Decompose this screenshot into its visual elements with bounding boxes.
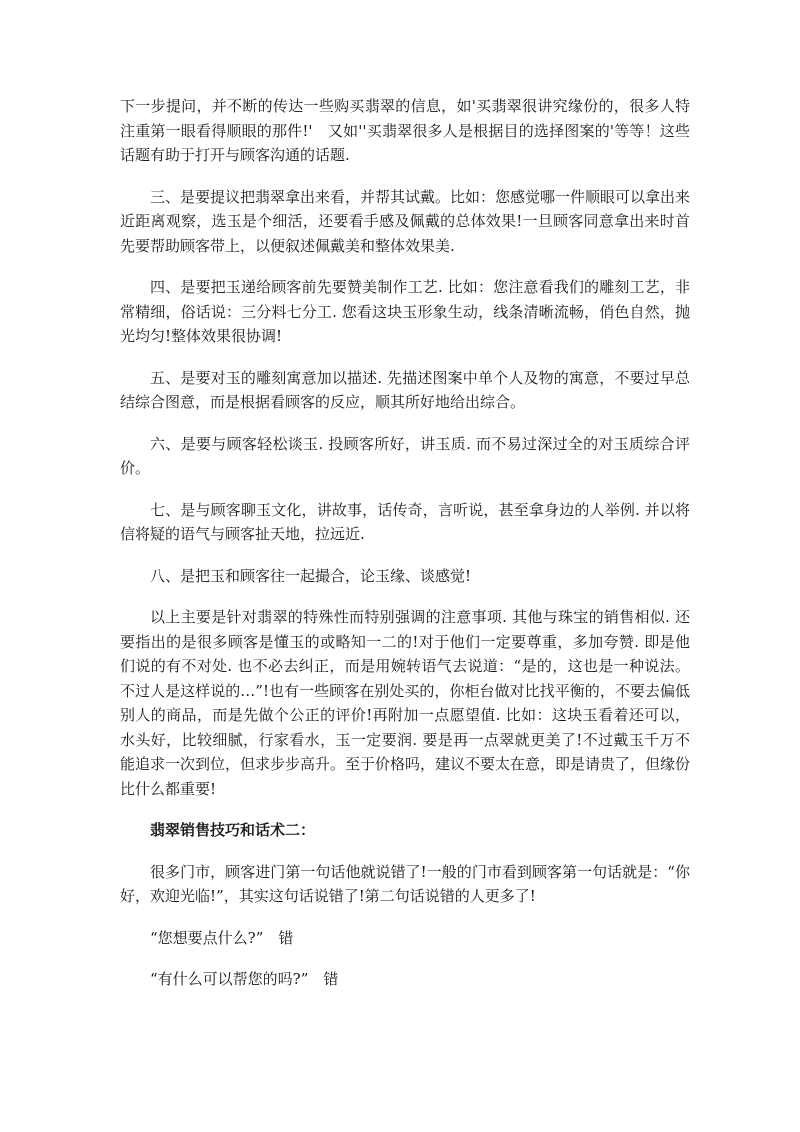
paragraph-point-6: 六、是要与顾客轻松谈玉. 投顾客所好，讲玉质. 而不易过深过全的对玉质综合评价。 [120,432,690,481]
paragraph-point-4: 四、是要把玉递给顾客前先要赞美制作工艺. 比如：您注意看我们的雕刻工艺，非常精细… [120,275,690,349]
paragraph-point-5: 五、是要对玉的雕刻寓意加以描述. 先描述图案中单个人及物的寓意，不要过早总结综合… [120,366,690,415]
example-line-2: “有什么可以帮您的吗?” 错 [120,967,690,992]
section-paragraph: 很多门市，顾客进门第一句话他就说错了!一般的门市看到顾客第一句话就是：“你好，欢… [120,860,690,909]
paragraph-point-3: 三、是要提议把翡翠拿出来看，并帮其试戴。比如：您感觉哪一件顺眼可以拿出来近距离观… [120,185,690,259]
document-page: 下一步提问，并不断的传达一些购买翡翠的信息，如'买翡翠很讲究缘份的，很多人特注重… [120,94,690,1009]
section-heading: 翡翠销售技巧和话术二： [120,818,690,843]
paragraph-summary: 以上主要是针对翡翠的特殊性而特别强调的注意事项. 其他与珠宝的销售相似. 还要指… [120,605,690,801]
paragraph-point-7: 七、是与顾客聊玉文化，讲故事，话传奇，言听说，甚至拿身边的人举例. 并以将信将疑… [120,498,690,547]
paragraph-intro-continuation: 下一步提问，并不断的传达一些购买翡翠的信息，如'买翡翠很讲究缘份的，很多人特注重… [120,94,690,168]
paragraph-point-8: 八、是把玉和顾客往一起撮合，论玉缘、谈感觉! [120,564,690,589]
example-line-1: “您想要点什么?” 错 [120,926,690,951]
